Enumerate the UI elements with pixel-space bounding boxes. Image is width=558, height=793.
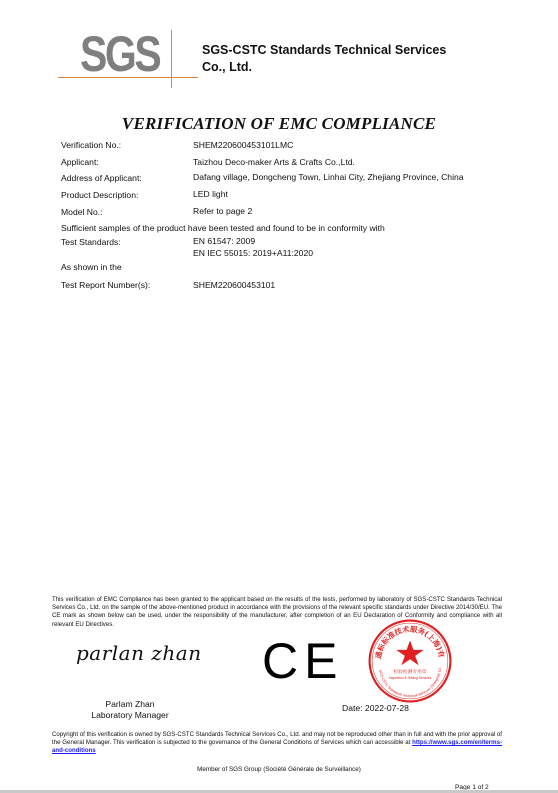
logo-vertical-rule: [171, 30, 172, 88]
field-label-test-report: Test Report Number(s):: [61, 280, 150, 291]
company-line-2: Co., Ltd.: [202, 59, 446, 76]
logo-horizontal-rule: [58, 77, 198, 78]
conformity-statement: Sufficient samples of the product have b…: [61, 223, 385, 234]
logo-text: SGS: [80, 26, 159, 82]
issue-date: Date: 2022-07-28: [342, 703, 409, 714]
ce-mark: CE: [262, 636, 343, 686]
field-value-model-no: Refer to page 2: [193, 206, 252, 217]
as-shown-text: As shown in the: [61, 262, 122, 273]
field-label-product-description: Product Description:: [61, 190, 138, 201]
handwritten-signature: parlan zhan: [76, 641, 202, 665]
field-value-address: Dafang village, Dongcheng Town, Linhai C…: [193, 172, 464, 183]
company-name: SGS-CSTC Standards Technical Services Co…: [202, 42, 446, 76]
test-standard-1: EN 61547: 2009: [193, 236, 255, 247]
stamp-center-cn: 检验检测专用章: [393, 668, 426, 675]
stamp-center-en: Inspection & Testing Services: [389, 676, 432, 680]
sgs-logo: SGS: [58, 30, 198, 84]
member-footer: Member of SGS Group (Société Générale de…: [0, 766, 558, 773]
field-label-test-standards: Test Standards:: [61, 237, 121, 248]
copyright-paragraph: Copyright of this verification is owned …: [52, 731, 502, 755]
field-value-test-report: SHEM220600453101: [193, 280, 275, 291]
company-line-1: SGS-CSTC Standards Technical Services: [202, 42, 446, 59]
signatory-name: Parlam Zhan: [60, 699, 200, 710]
field-label-applicant: Applicant:: [61, 157, 99, 168]
signatory-role: Laboratory Manager: [60, 710, 200, 721]
field-label-address: Address of Applicant:: [61, 173, 142, 184]
field-value-product-description: LED light: [193, 189, 228, 200]
field-label-verification-no: Verification No.:: [61, 140, 121, 151]
field-value-verification-no: SHEM220600453101LMC: [193, 140, 293, 151]
field-label-model-no: Model No.:: [61, 207, 103, 218]
official-stamp-icon: 通标标准技术服务(上海)有限公司 检验检测专用章 Inspection & Te…: [367, 618, 453, 704]
test-standard-2: EN IEC 55015: 2019+A11:2020: [193, 248, 313, 259]
field-value-applicant: Taizhou Deco-maker Arts & Crafts Co.,Ltd…: [193, 157, 355, 168]
document-title: VERIFICATION OF EMC COMPLIANCE: [0, 114, 558, 134]
